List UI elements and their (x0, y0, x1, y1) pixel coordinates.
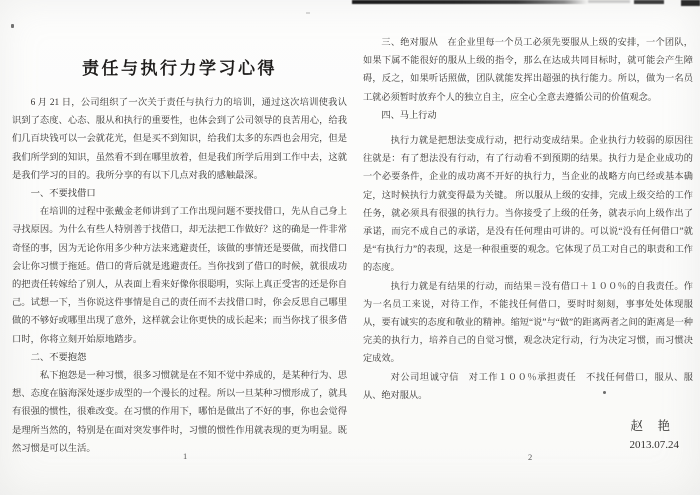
document-title: 责任与执行力学习心得 (12, 54, 347, 79)
section-heading-act-now: 四、马上行动 (363, 106, 693, 124)
scanner-artifact-line (588, 0, 630, 3)
scanned-document: 责任与执行力学习心得 6 月 21 日，公司组织了一次关于责任与执行力的培训，通… (0, 0, 700, 495)
signature-date: 2013.07.24 (363, 437, 693, 453)
scan-speck (11, 24, 14, 28)
paragraph-execution-2: 执行力就是有结果的行动，而结果＝没有借口＋１００％的自我责任。作为一名员工来说，… (363, 277, 693, 368)
paragraph-pledge: 对公司坦诚守信 对工作１００％承担责任 不找任何借口，服从、服从、绝对服从。 (363, 368, 693, 404)
scanner-artifact-line (634, 0, 664, 4)
page-number-1: 1 (183, 451, 187, 461)
paragraph-execution-1: 执行力就是把想法变成行动，把行动变成结果。企业执行力较弱的原因往往就是：有了想法… (363, 131, 693, 277)
intro-paragraph: 6 月 21 日，公司组织了一次关于责任与执行力的培训，通过这次培训使我认识到了… (12, 94, 347, 185)
scanner-artifact-line (352, 0, 588, 4)
section-heading-no-excuse: 一、不要找借口 (12, 185, 347, 203)
scan-speck (306, 12, 310, 14)
document-page-2: 三、绝对服从 在企业里每一个员工必须先要服从上级的安排，一个团队，如果下属不能很… (363, 33, 693, 453)
section-heading-no-complain: 二、不要抱怨 (12, 349, 347, 367)
paragraph-obey: 三、绝对服从 在企业里每一个员工必须先要服从上级的安排，一个团队，如果下属不能很… (363, 33, 693, 106)
scanner-artifact-line (681, 0, 700, 6)
page-number-2: 2 (528, 452, 532, 462)
paragraph-no-complain: 私下抱怨是一种习惯，很多习惯就是在不知不觉中养成的，是某种行为、思想、态度在脑海… (12, 367, 347, 458)
signature-name: 赵 艳 (363, 417, 693, 435)
paragraph-no-excuse: 在培训的过程中张戴金老师讲到了工作出现问题不要找借口，先从自己身上寻找原因。为什… (12, 203, 347, 349)
document-page-1: 责任与执行力学习心得 6 月 21 日，公司组织了一次关于责任与执行力的培训，通… (12, 54, 347, 458)
